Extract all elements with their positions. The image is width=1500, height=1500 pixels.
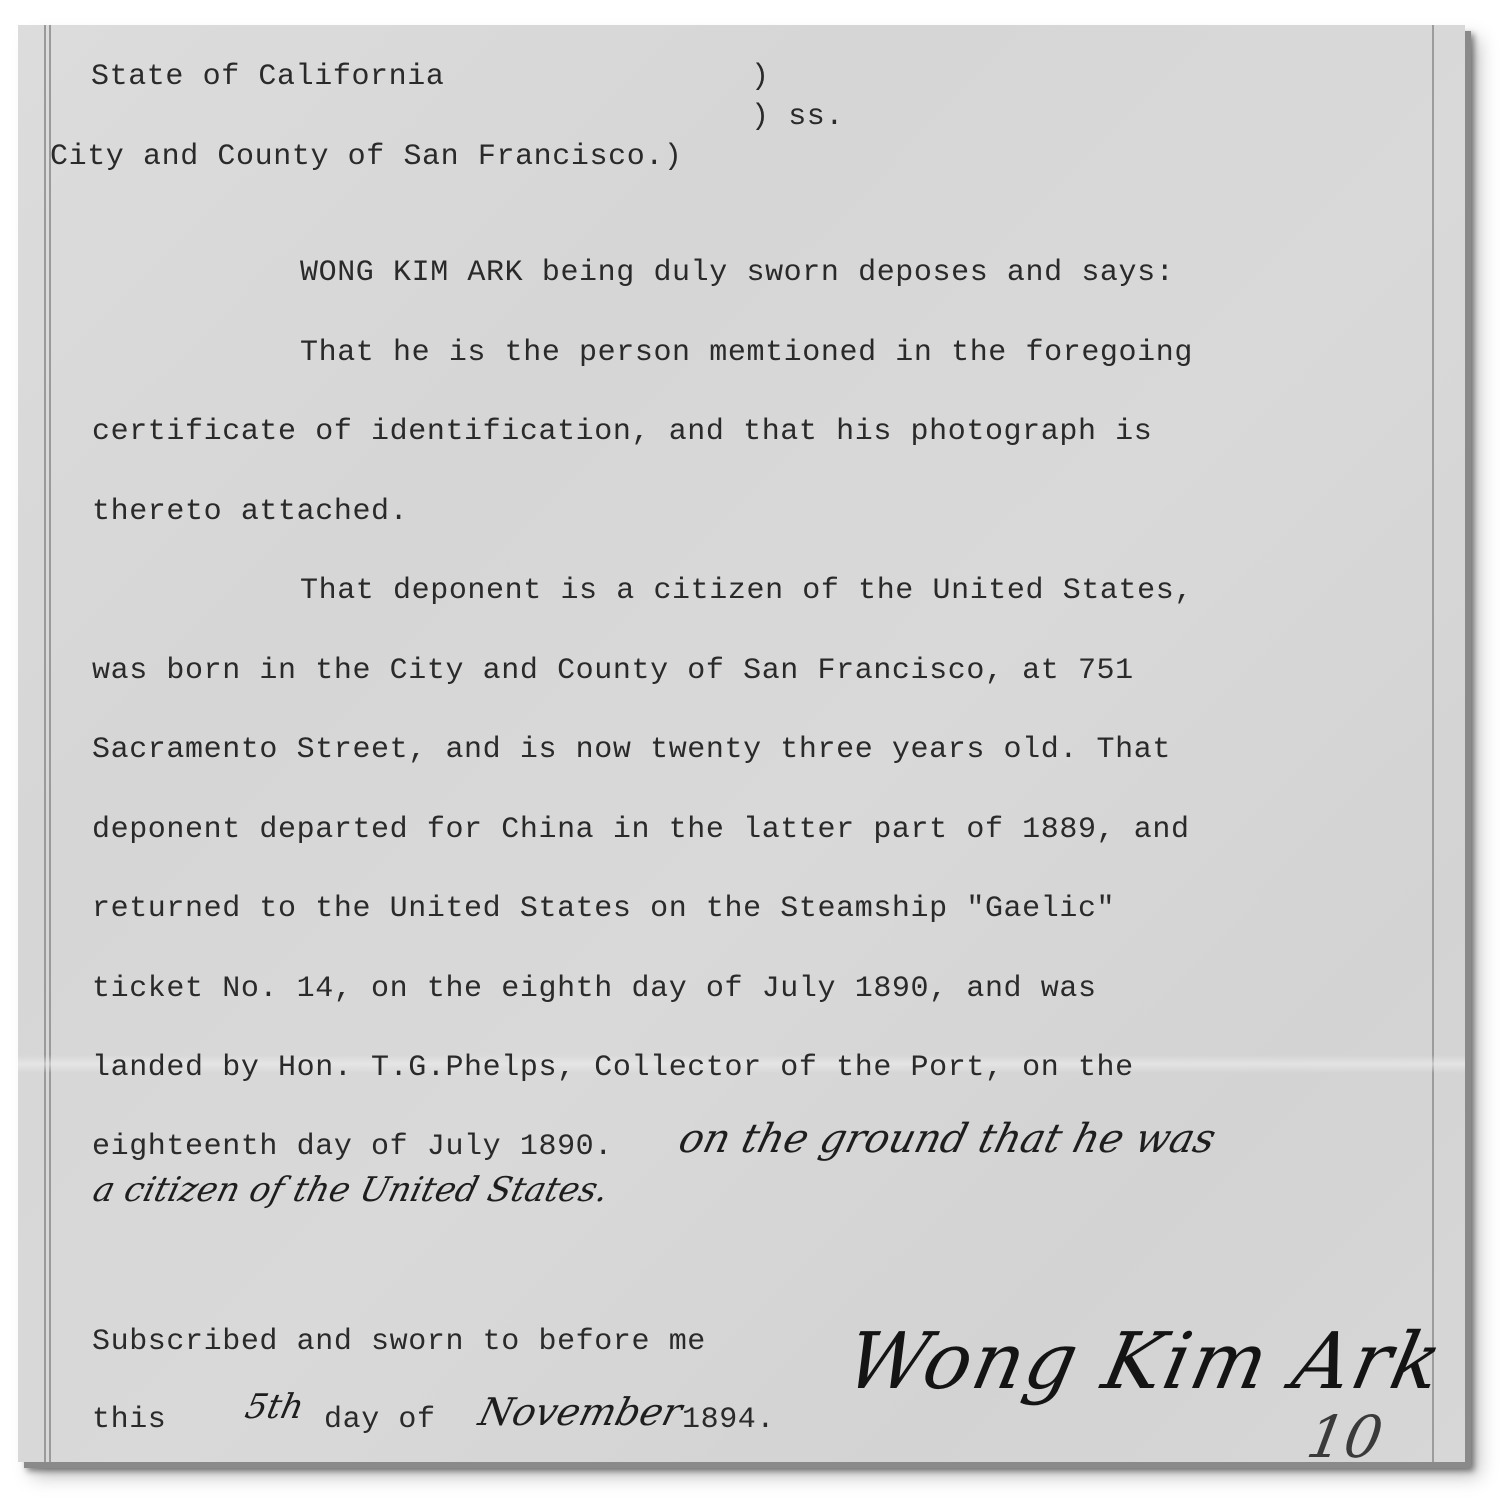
venue-county: City and County of San Francisco.) [50,142,683,172]
body-line-10: landed by Hon. T.G.Phelps, Collector of … [92,1053,1134,1083]
handwritten-addition-line-1: on the ground that he was [675,1119,1220,1159]
margin-rule-left-inner [49,25,51,1462]
page-number: 10 [1302,1403,1388,1462]
body-line-5: was born in the City and County of San F… [92,656,1134,686]
venue-state: State of California [91,62,444,92]
jurat-month-handwritten: November [475,1393,686,1431]
handwritten-addition-line-2: a citizen of the United States. [90,1173,612,1207]
deposition-intro: WONG KIM ARK being duly sworn deposes an… [300,258,1174,288]
jurat-year: 1894. [682,1405,775,1435]
body-line-1: That he is the person memtioned in the f… [300,338,1193,368]
body-line-7: deponent departed for China in the latte… [92,815,1190,845]
margin-rule-right [1432,25,1434,1462]
venue-ss: ) ss. [751,102,844,132]
body-line-9: ticket No. 14, on the eighth day of July… [92,974,1097,1004]
body-line-2: certificate of identification, and that … [92,417,1152,447]
jurat-day-of: day of [324,1405,436,1435]
body-line-11: eighteenth day of July 1890. [92,1132,613,1162]
body-line-3: thereto attached. [92,497,408,527]
body-line-4: That deponent is a citizen of the United… [300,576,1193,606]
jurat-day-handwritten: 5th [242,1390,306,1424]
jurat-this: this [92,1405,166,1435]
jurat-subscribed: Subscribed and sworn to before me [92,1327,706,1357]
body-line-6: Sacramento Street, and is now twenty thr… [92,735,1171,765]
margin-rule-left-outer [44,25,46,1462]
venue-bracket-top: ) [751,62,770,92]
document-page: State of California ) ) ss. City and Cou… [18,25,1465,1462]
body-line-8: returned to the United States on the Ste… [92,894,1115,924]
signature: Wong Kim Ark [838,1317,1451,1407]
